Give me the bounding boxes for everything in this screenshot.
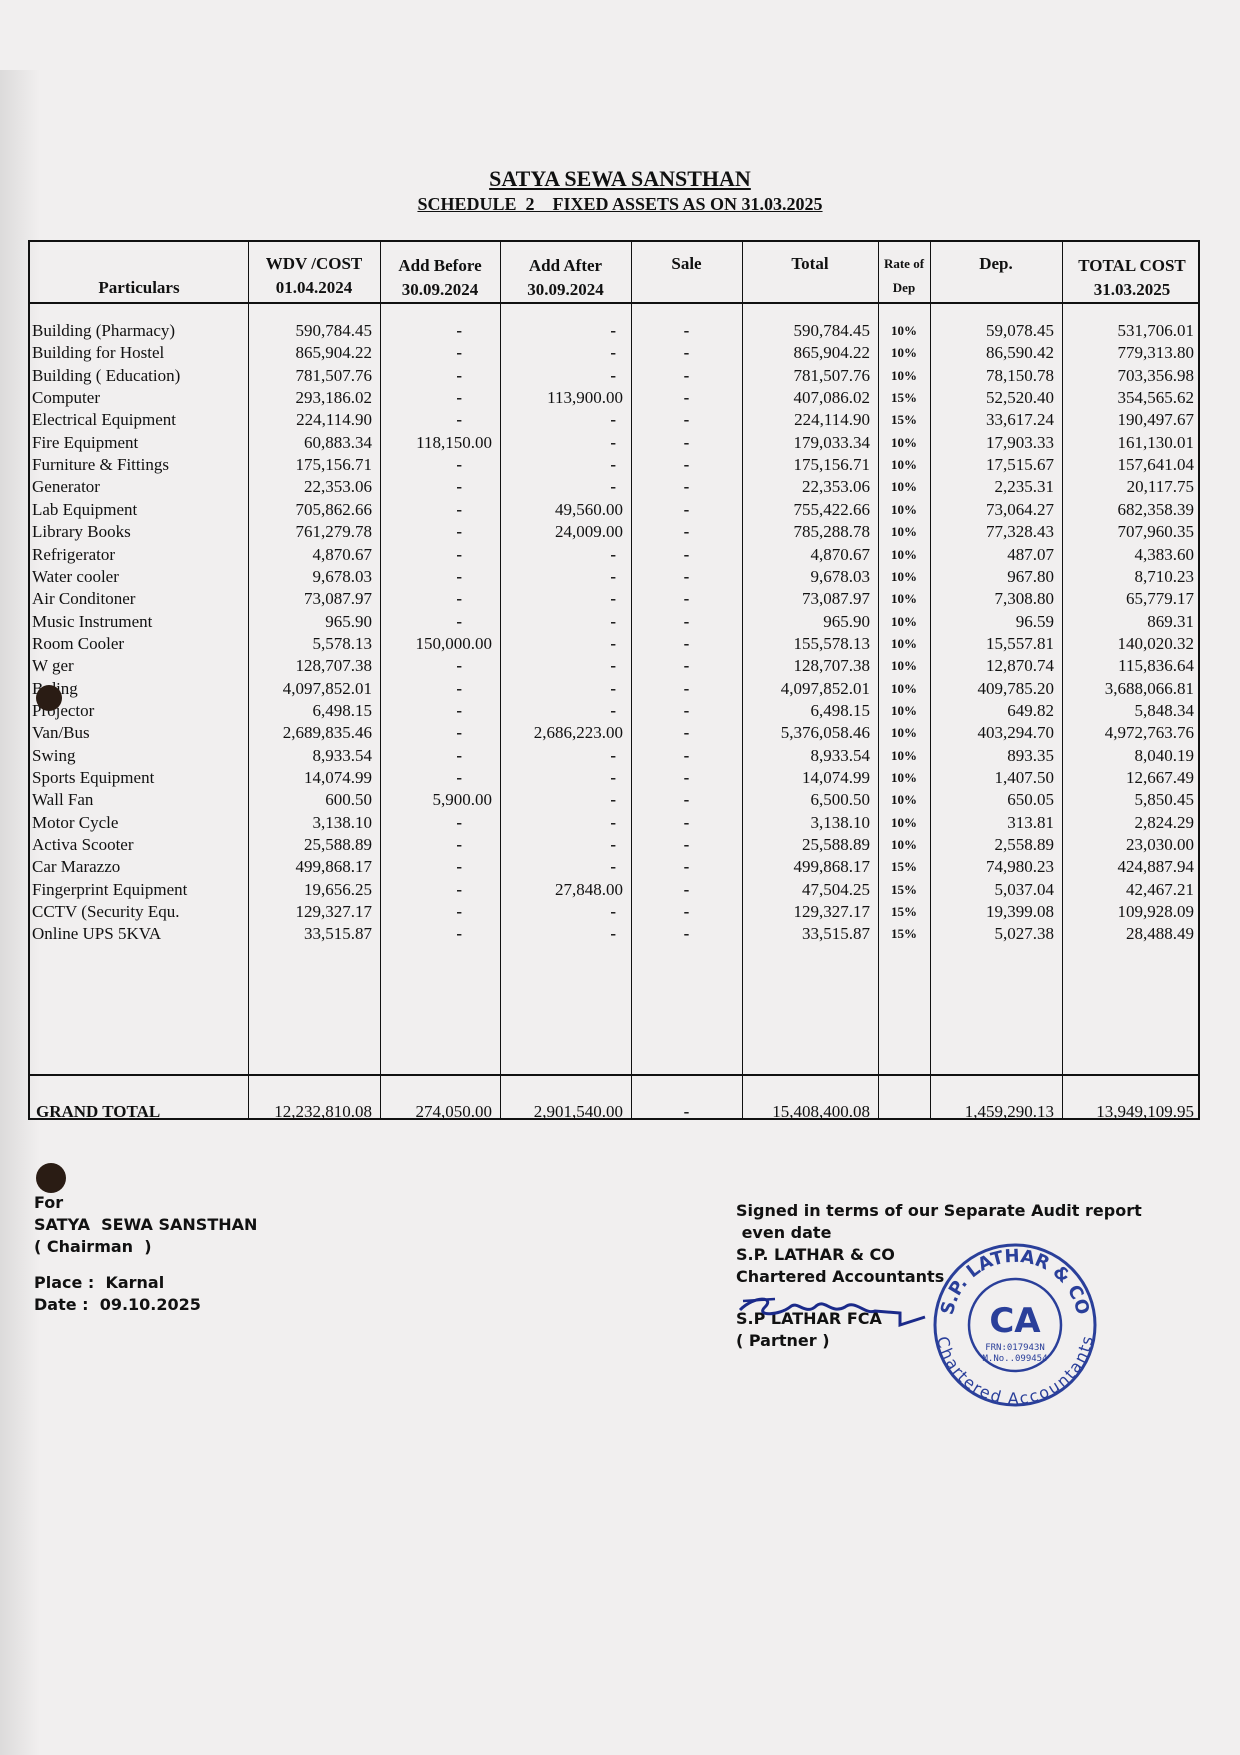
add-after-value: - (500, 566, 616, 588)
total-value: 3,138.10 (742, 812, 870, 834)
sale-value: - (631, 365, 742, 387)
add-before-value: - (380, 767, 462, 789)
dep-value: 1,407.50 (930, 767, 1054, 789)
table-row: Water cooler9,678.03---9,678.0310%967.80… (30, 566, 1202, 588)
wdv-value: 2,689,835.46 (248, 722, 372, 744)
add-after-value: - (500, 611, 616, 633)
grand-total-wdv: 12,232,810.08 (248, 1099, 372, 1125)
signatory-block: For SATYA SEWA SANSTHAN ( Chairman ) Pla… (34, 1192, 257, 1316)
add-after-value: - (500, 320, 616, 342)
rate-value: 10% (878, 611, 930, 633)
col-header-add-after-line1: Add After (500, 254, 631, 278)
total-value: 22,353.06 (742, 476, 870, 498)
total-cost-value: 20,117.75 (1062, 476, 1194, 498)
rate-value: 10% (878, 544, 930, 566)
total-cost-value: 4,972,763.76 (1062, 722, 1194, 744)
sale-value: - (631, 387, 742, 409)
add-after-value: - (500, 812, 616, 834)
total-cost-value: 3,688,066.81 (1062, 678, 1194, 700)
signatory-role: ( Chairman ) (34, 1236, 257, 1258)
rate-value: 10% (878, 320, 930, 342)
dep-value: 96.59 (930, 611, 1054, 633)
add-before-value: - (380, 566, 462, 588)
rate-value: 10% (878, 789, 930, 811)
total-cost-value: 109,928.09 (1062, 901, 1194, 923)
total-value: 179,033.34 (742, 432, 870, 454)
add-before-value: - (380, 678, 462, 700)
add-after-value: - (500, 767, 616, 789)
sale-value: - (631, 320, 742, 342)
asset-name: Computer (32, 387, 100, 409)
audit-statement: Signed in terms of our Separate Audit re… (736, 1200, 1142, 1222)
table-row: Motor Cycle3,138.10---3,138.1010%313.812… (30, 812, 1202, 834)
dep-value: 17,515.67 (930, 454, 1054, 476)
add-before-value: - (380, 499, 462, 521)
total-value: 5,376,058.46 (742, 722, 870, 744)
asset-name: Building for Hostel (32, 342, 164, 364)
wdv-value: 175,156.71 (248, 454, 372, 476)
add-after-value: - (500, 923, 616, 945)
col-header-wdv: WDV /COST 01.04.2024 (248, 252, 380, 300)
add-after-value: 2,686,223.00 (500, 722, 623, 744)
col-header-rate: Rate of Dep (878, 252, 930, 300)
add-before-value: - (380, 365, 462, 387)
sale-value: - (631, 342, 742, 364)
add-after-value: - (500, 633, 616, 655)
sale-value: - (631, 611, 742, 633)
col-header-total-cost-line1: TOTAL COST (1062, 254, 1202, 278)
add-after-value: 49,560.00 (500, 499, 623, 521)
sale-value: - (631, 834, 742, 856)
dep-value: 52,520.40 (930, 387, 1054, 409)
add-before-value: - (380, 700, 462, 722)
table-row: Online UPS 5KVA33,515.87---33,515.8715%5… (30, 923, 1202, 945)
sale-value: - (631, 745, 742, 767)
asset-name: CCTV (Security Equ. (32, 901, 179, 923)
add-before-value: - (380, 879, 462, 901)
svg-text:M.No..099454: M.No..099454 (982, 1354, 1047, 1364)
add-after-value: - (500, 678, 616, 700)
asset-name: Building (Pharmacy) (32, 320, 175, 342)
grand-total-add-before: 274,050.00 (380, 1099, 492, 1125)
table-row: Air Conditoner73,087.97---73,087.9710%7,… (30, 588, 1202, 610)
fixed-assets-table: Particulars WDV /COST 01.04.2024 Add Bef… (28, 240, 1200, 1120)
asset-name: Online UPS 5KVA (32, 923, 161, 945)
total-cost-value: 4,383.60 (1062, 544, 1194, 566)
sale-value: - (631, 588, 742, 610)
wdv-value: 293,186.02 (248, 387, 372, 409)
table-row: Building for Hostel865,904.22---865,904.… (30, 342, 1202, 364)
wdv-value: 33,515.87 (248, 923, 372, 945)
dep-value: 313.81 (930, 812, 1054, 834)
dep-value: 33,617.24 (930, 409, 1054, 431)
table-row: Sports Equipment14,074.99---14,074.9910%… (30, 767, 1202, 789)
sale-value: - (631, 923, 742, 945)
total-cost-value: 8,710.23 (1062, 566, 1194, 588)
dep-value: 967.80 (930, 566, 1054, 588)
wdv-value: 9,678.03 (248, 566, 372, 588)
dep-value: 893.35 (930, 745, 1054, 767)
rate-value: 15% (878, 923, 930, 945)
asset-name: Activa Scooter (32, 834, 134, 856)
total-cost-value: 161,130.01 (1062, 432, 1194, 454)
grand-total-divider (30, 1074, 1198, 1076)
asset-name: Motor Cycle (32, 812, 118, 834)
table-row: Lab Equipment705,862.66-49,560.00-755,42… (30, 499, 1202, 521)
add-before-value: - (380, 454, 462, 476)
total-value: 6,498.15 (742, 700, 870, 722)
rate-value: 15% (878, 856, 930, 878)
asset-name: Refrigerator (32, 544, 115, 566)
col-header-wdv-line2: 01.04.2024 (248, 276, 380, 300)
asset-name: Wall Fan (32, 789, 93, 811)
rate-value: 10% (878, 834, 930, 856)
col-header-dep: Dep. (930, 252, 1062, 276)
total-cost-value: 682,358.39 (1062, 499, 1194, 521)
wdv-value: 590,784.45 (248, 320, 372, 342)
total-value: 590,784.45 (742, 320, 870, 342)
asset-name: Car Marazzo (32, 856, 120, 878)
add-after-value: - (500, 432, 616, 454)
sale-value: - (631, 901, 742, 923)
sale-value: - (631, 476, 742, 498)
wdv-value: 22,353.06 (248, 476, 372, 498)
asset-name: Electrical Equipment (32, 409, 176, 431)
table-row: W ger128,707.38---128,707.3810%12,870.74… (30, 655, 1202, 677)
rate-value: 10% (878, 767, 930, 789)
total-cost-value: 115,836.64 (1062, 655, 1194, 677)
wdv-value: 705,862.66 (248, 499, 372, 521)
add-after-value: - (500, 856, 616, 878)
wdv-value: 14,074.99 (248, 767, 372, 789)
add-before-value: 118,150.00 (380, 432, 492, 454)
total-value: 407,086.02 (742, 387, 870, 409)
add-after-value: - (500, 476, 616, 498)
wdv-value: 4,097,852.01 (248, 678, 372, 700)
col-header-sale: Sale (631, 252, 742, 276)
add-before-value: - (380, 544, 462, 566)
add-before-value: 5,900.00 (380, 789, 492, 811)
total-cost-value: 424,887.94 (1062, 856, 1194, 878)
dep-value: 5,037.04 (930, 879, 1054, 901)
sale-value: - (631, 789, 742, 811)
sale-value: - (631, 856, 742, 878)
wdv-value: 19,656.25 (248, 879, 372, 901)
table-row: Swing8,933.54---8,933.5410%893.358,040.1… (30, 745, 1202, 767)
col-header-total-cost-line2: 31.03.2025 (1062, 278, 1202, 302)
grand-total-total: 15,408,400.08 (742, 1099, 870, 1125)
table-row: Van/Bus2,689,835.46-2,686,223.00-5,376,0… (30, 722, 1202, 744)
for-label: For (34, 1192, 257, 1214)
add-after-value: - (500, 409, 616, 431)
sale-value: - (631, 633, 742, 655)
col-header-add-after-line2: 30.09.2024 (500, 278, 631, 302)
total-cost-value: 42,467.21 (1062, 879, 1194, 901)
dep-value: 649.82 (930, 700, 1054, 722)
total-value: 25,588.89 (742, 834, 870, 856)
dep-value: 650.05 (930, 789, 1054, 811)
table-row: Building ( Education)781,507.76---781,50… (30, 365, 1202, 387)
add-after-value: - (500, 789, 616, 811)
asset-name: Fire Equipment (32, 432, 138, 454)
total-value: 14,074.99 (742, 767, 870, 789)
col-header-add-before-line2: 30.09.2024 (380, 278, 500, 302)
wdv-value: 8,933.54 (248, 745, 372, 767)
total-value: 6,500.50 (742, 789, 870, 811)
add-after-value: - (500, 901, 616, 923)
total-value: 781,507.76 (742, 365, 870, 387)
total-cost-value: 779,313.80 (1062, 342, 1194, 364)
add-before-value: - (380, 655, 462, 677)
asset-name: Swing (32, 745, 75, 767)
total-value: 224,114.90 (742, 409, 870, 431)
grand-total-add-after: 2,901,540.00 (500, 1099, 623, 1125)
signatory-org: SATYA SEWA SANSTHAN (34, 1214, 257, 1236)
total-value: 33,515.87 (742, 923, 870, 945)
wdv-value: 781,507.76 (248, 365, 372, 387)
col-header-total: Total (742, 252, 878, 276)
rate-value: 15% (878, 387, 930, 409)
col-header-add-after: Add After 30.09.2024 (500, 254, 631, 302)
asset-name: Generator (32, 476, 100, 498)
asset-name: Sports Equipment (32, 767, 154, 789)
total-cost-value: 65,779.17 (1062, 588, 1194, 610)
add-after-value: 24,009.00 (500, 521, 623, 543)
rate-value: 10% (878, 342, 930, 364)
total-cost-value: 8,040.19 (1062, 745, 1194, 767)
total-cost-value: 354,565.62 (1062, 387, 1194, 409)
dep-value: 12,870.74 (930, 655, 1054, 677)
grand-total-sale: - (631, 1099, 742, 1125)
total-value: 155,578.13 (742, 633, 870, 655)
dep-value: 2,558.89 (930, 834, 1054, 856)
total-value: 47,504.25 (742, 879, 870, 901)
total-value: 175,156.71 (742, 454, 870, 476)
dep-value: 78,150.78 (930, 365, 1054, 387)
sale-value: - (631, 566, 742, 588)
rate-value: 10% (878, 454, 930, 476)
schedule-title: SCHEDULE 2 FIXED ASSETS AS ON 31.03.2025 (0, 194, 1240, 215)
dep-value: 409,785.20 (930, 678, 1054, 700)
add-after-value: - (500, 454, 616, 476)
col-header-wdv-line1: WDV /COST (248, 252, 380, 276)
rate-value: 10% (878, 745, 930, 767)
table-row: B ding4,097,852.01---4,097,852.0110%409,… (30, 678, 1202, 700)
rate-value: 15% (878, 879, 930, 901)
col-header-add-before-line1: Add Before (380, 254, 500, 278)
total-cost-value: 2,824.29 (1062, 812, 1194, 834)
table-row: Computer293,186.02-113,900.00-407,086.02… (30, 387, 1202, 409)
wdv-value: 128,707.38 (248, 655, 372, 677)
table-row: Music Instrument965.90---965.9010%96.598… (30, 611, 1202, 633)
sale-value: - (631, 879, 742, 901)
rate-value: 10% (878, 700, 930, 722)
dep-value: 15,557.81 (930, 633, 1054, 655)
wdv-value: 865,904.22 (248, 342, 372, 364)
wdv-value: 129,327.17 (248, 901, 372, 923)
asset-name: W ger (32, 655, 74, 677)
total-cost-value: 5,850.45 (1062, 789, 1194, 811)
wdv-value: 3,138.10 (248, 812, 372, 834)
sale-value: - (631, 655, 742, 677)
wdv-value: 600.50 (248, 789, 372, 811)
place-text: Place : Karnal (34, 1272, 257, 1294)
asset-name: Air Conditoner (32, 588, 135, 610)
add-before-value: - (380, 812, 462, 834)
add-before-value: - (380, 923, 462, 945)
total-cost-value: 5,848.34 (1062, 700, 1194, 722)
wdv-value: 499,868.17 (248, 856, 372, 878)
rate-value: 10% (878, 365, 930, 387)
dep-value: 17,903.33 (930, 432, 1054, 454)
dep-value: 5,027.38 (930, 923, 1054, 945)
col-header-rate-line1: Rate of (878, 252, 930, 276)
wdv-value: 60,883.34 (248, 432, 372, 454)
col-header-add-before: Add Before 30.09.2024 (380, 254, 500, 302)
add-before-value: - (380, 856, 462, 878)
add-after-value: - (500, 342, 616, 364)
col-header-total-cost: TOTAL COST 31.03.2025 (1062, 254, 1202, 302)
sale-value: - (631, 700, 742, 722)
col-header-rate-line2: Dep (878, 276, 930, 300)
total-value: 129,327.17 (742, 901, 870, 923)
total-value: 755,422.66 (742, 499, 870, 521)
total-value: 128,707.38 (742, 655, 870, 677)
sale-value: - (631, 409, 742, 431)
rate-value: 10% (878, 678, 930, 700)
dep-value: 86,590.42 (930, 342, 1054, 364)
sale-value: - (631, 722, 742, 744)
add-before-value: - (380, 342, 462, 364)
asset-name: Room Cooler (32, 633, 124, 655)
wdv-value: 6,498.15 (248, 700, 372, 722)
total-value: 8,933.54 (742, 745, 870, 767)
svg-text:CA: CA (989, 1301, 1041, 1341)
rate-value: 10% (878, 566, 930, 588)
sale-value: - (631, 678, 742, 700)
wdv-value: 73,087.97 (248, 588, 372, 610)
add-after-value: - (500, 544, 616, 566)
add-after-value: - (500, 365, 616, 387)
wdv-value: 761,279.78 (248, 521, 372, 543)
wdv-value: 224,114.90 (248, 409, 372, 431)
add-before-value: - (380, 476, 462, 498)
asset-name: Water cooler (32, 566, 119, 588)
svg-text:FRN:017943N: FRN:017943N (985, 1343, 1045, 1353)
rate-value: 10% (878, 588, 930, 610)
wdv-value: 25,588.89 (248, 834, 372, 856)
add-before-value: - (380, 745, 462, 767)
table-row: Library Books761,279.78-24,009.00-785,28… (30, 521, 1202, 543)
table-row: Furniture & Fittings175,156.71---175,156… (30, 454, 1202, 476)
sale-value: - (631, 544, 742, 566)
total-cost-value: 190,497.67 (1062, 409, 1194, 431)
add-before-value: 150,000.00 (380, 633, 492, 655)
total-cost-value: 140,020.32 (1062, 633, 1194, 655)
total-cost-value: 28,488.49 (1062, 923, 1194, 945)
total-cost-value: 869.31 (1062, 611, 1194, 633)
table-row: CCTV (Security Equ.129,327.17---129,327.… (30, 901, 1202, 923)
dep-value: 2,235.31 (930, 476, 1054, 498)
dep-value: 59,078.45 (930, 320, 1054, 342)
total-cost-value: 157,641.04 (1062, 454, 1194, 476)
asset-name: Lab Equipment (32, 499, 137, 521)
dep-value: 403,294.70 (930, 722, 1054, 744)
rate-value: 15% (878, 901, 930, 923)
add-before-value: - (380, 722, 462, 744)
dep-value: 19,399.08 (930, 901, 1054, 923)
total-cost-value: 12,667.49 (1062, 767, 1194, 789)
total-cost-value: 703,356.98 (1062, 365, 1194, 387)
dep-value: 77,328.43 (930, 521, 1054, 543)
dep-value: 74,980.23 (930, 856, 1054, 878)
signature-scribble (735, 1285, 935, 1330)
add-before-value: - (380, 521, 462, 543)
dep-value: 73,064.27 (930, 499, 1054, 521)
table-row: Building (Pharmacy)590,784.45---590,784.… (30, 320, 1202, 342)
add-before-value: - (380, 901, 462, 923)
sale-value: - (631, 432, 742, 454)
total-cost-value: 531,706.01 (1062, 320, 1194, 342)
grand-total-row: GRAND TOTAL 12,232,810.08 274,050.00 2,9… (30, 1099, 1202, 1125)
table-row: Fire Equipment60,883.34118,150.00--179,0… (30, 432, 1202, 454)
rate-value: 15% (878, 409, 930, 431)
table-row: Electrical Equipment224,114.90---224,114… (30, 409, 1202, 431)
table-row: Car Marazzo499,868.17---499,868.1715%74,… (30, 856, 1202, 878)
total-value: 9,678.03 (742, 566, 870, 588)
add-before-value: - (380, 320, 462, 342)
header-divider (30, 302, 1198, 304)
total-cost-value: 23,030.00 (1062, 834, 1194, 856)
sale-value: - (631, 767, 742, 789)
add-after-value: 27,848.00 (500, 879, 623, 901)
table-row: Wall Fan600.505,900.00--6,500.5010%650.0… (30, 789, 1202, 811)
rate-value: 10% (878, 633, 930, 655)
asset-name: Library Books (32, 521, 131, 543)
wdv-value: 4,870.67 (248, 544, 372, 566)
add-after-value: - (500, 834, 616, 856)
total-value: 4,097,852.01 (742, 678, 870, 700)
add-before-value: - (380, 387, 462, 409)
asset-name: Furniture & Fittings (32, 454, 169, 476)
add-after-value: - (500, 655, 616, 677)
grand-total-label: GRAND TOTAL (36, 1099, 160, 1125)
total-value: 865,904.22 (742, 342, 870, 364)
total-value: 965.90 (742, 611, 870, 633)
asset-name: Building ( Education) (32, 365, 180, 387)
rate-value: 10% (878, 499, 930, 521)
add-after-value: - (500, 745, 616, 767)
dep-value: 7,308.80 (930, 588, 1054, 610)
rate-value: 10% (878, 432, 930, 454)
sale-value: - (631, 499, 742, 521)
asset-name: Fingerprint Equipment (32, 879, 187, 901)
add-before-value: - (380, 834, 462, 856)
total-value: 73,087.97 (742, 588, 870, 610)
ink-blot (36, 1163, 66, 1193)
asset-name: Music Instrument (32, 611, 152, 633)
add-before-value: - (380, 611, 462, 633)
add-after-value: 113,900.00 (500, 387, 623, 409)
add-after-value: - (500, 700, 616, 722)
sale-value: - (631, 454, 742, 476)
grand-total-dep: 1,459,290.13 (930, 1099, 1054, 1125)
sale-value: - (631, 521, 742, 543)
sale-value: - (631, 812, 742, 834)
grand-total-total-cost: 13,949,109.95 (1062, 1099, 1194, 1125)
rate-value: 10% (878, 722, 930, 744)
col-header-particulars: Particulars (30, 276, 248, 300)
